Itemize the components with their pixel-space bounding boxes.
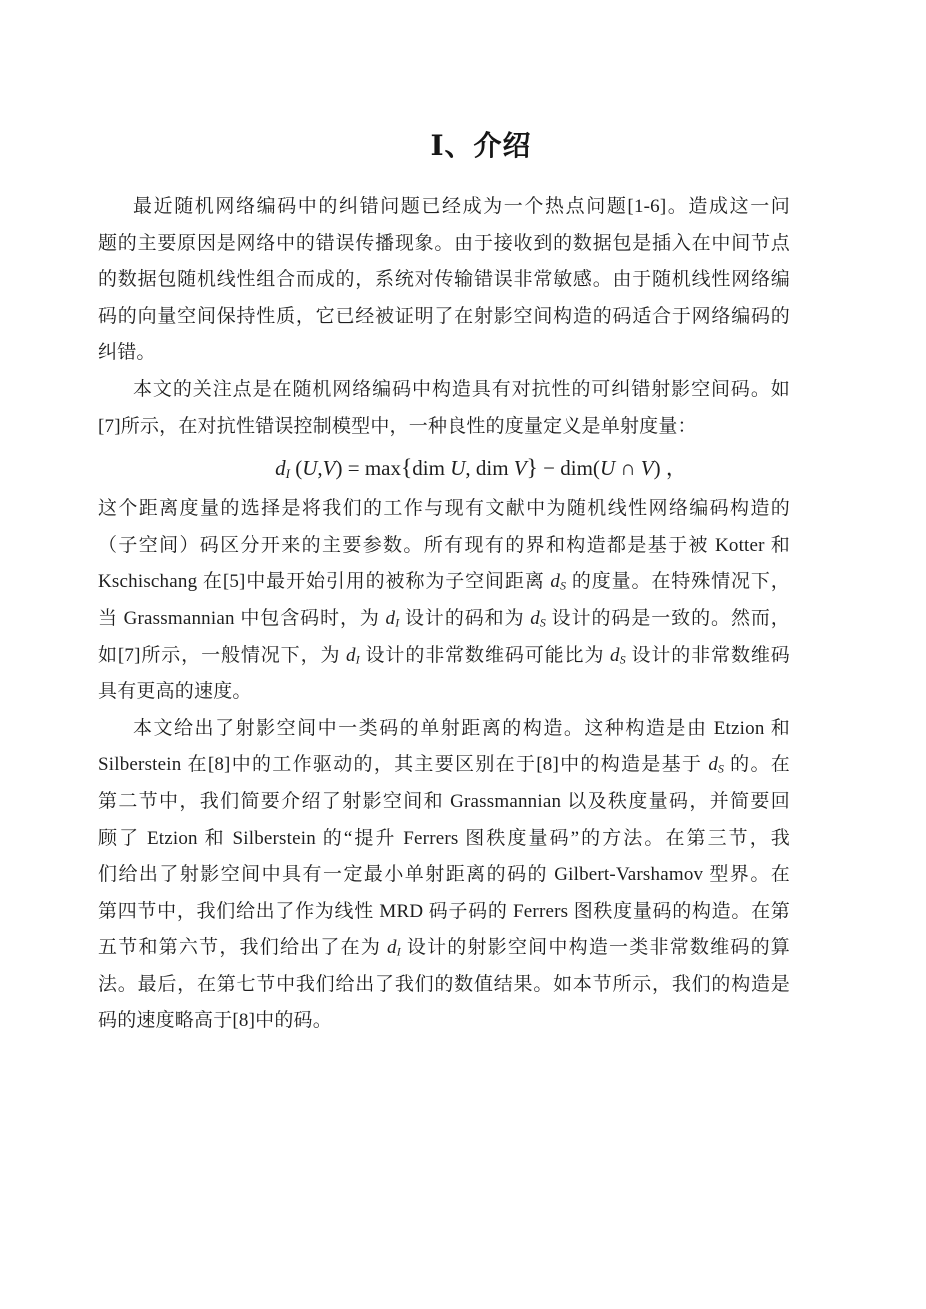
document-page: Ⅰ、介绍 最近随机网络编码中的纠错问题已经成为一个热点问题[1-6]。造成这一问… [0,0,926,1309]
text-segment: 设计的非常数维码 [626,645,790,666]
math-variable: V [323,456,336,480]
text-line: 第二节中，我们简要介绍了射影空间和 Grassmannian 以及秩度量码，并简… [98,784,790,821]
math-variable: U [302,456,317,480]
text-line: 法。最后，在第七节中我们给出了我们的数值结果。如本节所示，我们的构造是 [98,967,790,1004]
text-line: 的数据包随机线性组合而成的，系统对传输错误非常敏感。由于随机线性网络编 [98,262,790,299]
text-segment: ， [661,456,687,480]
paragraph: 最近随机网络编码中的纠错问题已经成为一个热点问题[1-6]。造成这一问题的主要原… [98,189,790,372]
paragraph: 本文给出了射影空间中一类码的单射距离的构造。这种构造是由 Etzion 和Sil… [98,711,790,1040]
text-line: 这个距离度量的选择是将我们的工作与现有文献中为随机线性网络编码构造的 [98,491,790,528]
text-segment: − dim( [538,456,600,480]
math-variable: U [450,456,465,480]
text-line: 具有更高的速度。 [98,674,790,711]
text-segment: ∩ [615,456,641,480]
math-variable: d [385,608,395,629]
text-line: Kschischang 在[5]中最开始引用的被称为子空间距离 dS 的度量。在… [98,564,790,601]
text-segment: { [401,455,412,481]
text-segment: ( [290,456,302,480]
text-line: Silberstein 在[8]中的工作驱动的，其主要区别在于[8]中的构造是基… [98,747,790,784]
text-segment: ) = max [335,456,401,480]
text-line: 码的速度略高于[8]中的码。 [98,1003,790,1040]
text-line: 纠错。 [98,335,790,372]
text-segment: dim [412,456,450,480]
injection-metric-formula: dI (U,V) = max{dim U, dim V} − dim(U ∩ V… [98,445,790,491]
text-line: 本文的关注点是在随机网络编码中构造具有对抗性的可纠错射影空间码。如 [98,372,790,409]
document-body: 最近随机网络编码中的纠错问题已经成为一个热点问题[1-6]。造成这一问题的主要原… [98,189,790,1040]
text-line: 们给出了射影空间中具有一定最小单射距离的码的 Gilbert-Varshamov… [98,857,790,894]
text-segment: 设计的射影空间中构造一类非常数维码的算 [401,937,790,958]
text-line: 五节和第六节，我们给出了在为 dI 设计的射影空间中构造一类非常数维码的算 [98,930,790,967]
text-segment: Kschischang 在[5]中最开始引用的被称为子空间距离 [98,571,550,592]
paragraph: 这个距离度量的选择是将我们的工作与现有文献中为随机线性网络编码构造的（子空间）码… [98,491,790,711]
math-variable: V [514,456,527,480]
math-variable: U [600,456,615,480]
text-line: 最近随机网络编码中的纠错问题已经成为一个热点问题[1-6]。造成这一问 [98,189,790,226]
text-segment: 设计的码是一致的。然而， [546,608,790,629]
text-segment: 五节和第六节，我们给出了在为 [98,937,387,958]
math-variable: d [387,937,397,958]
text-segment: 设计的码和为 [399,608,530,629]
text-segment: 的。在 [724,754,790,775]
text-segment: 当 Grassmannian 中包含码时，为 [98,608,385,629]
math-variable: d [275,456,286,480]
text-line: （子空间）码区分开来的主要参数。所有现有的界和构造都是基于被 Kotter 和 [98,528,790,565]
text-segment: 如[7]所示，一般情况下，为 [98,645,346,666]
text-line: 如[7]所示，一般情况下，为 dI 设计的非常数维码可能比为 dS 设计的非常数… [98,638,790,675]
text-line: 顾了 Etzion 和 Silberstein 的“提升 Ferrers 图秩度… [98,821,790,858]
text-segment: } [527,455,538,481]
text-line: 题的主要原因是网络中的错误传播现象。由于接收到的数据包是插入在中间节点 [98,226,790,263]
math-variable: d [530,608,540,629]
text-line: 本文给出了射影空间中一类码的单射距离的构造。这种构造是由 Etzion 和 [98,711,790,748]
text-segment: , dim [465,456,513,480]
text-line: 当 Grassmannian 中包含码时，为 dI 设计的码和为 dS 设计的码… [98,601,790,638]
text-segment: ) [654,456,661,480]
text-line: 码的向量空间保持性质，它已经被证明了在射影空间构造的码适合于网络编码的 [98,299,790,336]
math-variable: d [708,754,718,775]
math-variable: d [610,645,620,666]
text-segment: Silberstein 在[8]中的工作驱动的，其主要区别在于[8]中的构造是基… [98,754,708,775]
math-variable: V [641,456,654,480]
section-title: Ⅰ、介绍 [98,129,790,165]
text-segment: 设计的非常数维码可能比为 [360,645,610,666]
math-variable: d [550,571,560,592]
paragraph: 本文的关注点是在随机网络编码中构造具有对抗性的可纠错射影空间码。如[7]所示，在… [98,372,790,445]
text-line: 第四节中，我们给出了作为线性 MRD 码子码的 Ferrers 图秩度量码的构造… [98,894,790,931]
text-line: [7]所示，在对抗性错误控制模型中，一种良性的度量定义是单射度量： [98,409,790,446]
math-variable: d [346,645,356,666]
text-segment: 的度量。在特殊情况下， [566,571,790,592]
